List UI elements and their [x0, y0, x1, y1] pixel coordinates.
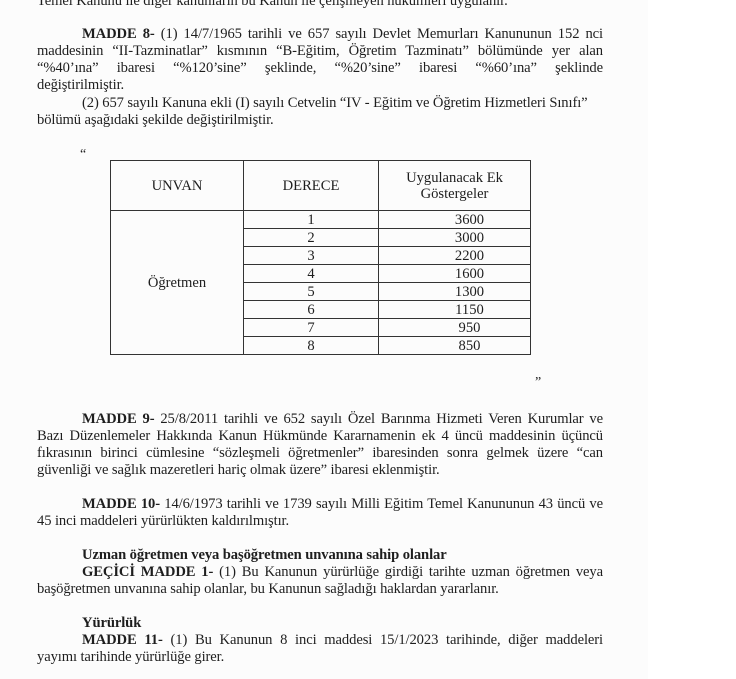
derece-cell: 2 [244, 229, 379, 247]
madde11-label: MADDE 11- [82, 632, 163, 648]
header-ek-gostergeler: Uygulanacak EkGöstergeler [379, 161, 531, 211]
unvan-cell: Öğretmen [111, 211, 244, 355]
madde8-line4: değiştirilmiştir. [37, 77, 124, 94]
cut-top-line: Temel Kanunu ile diğer kanunların bu Kan… [37, 0, 508, 10]
madde8-line2: maddesinin “II-Tazminatlar” kısmının “B-… [37, 43, 603, 60]
gecici1-line2: başöğretmen unvanına sahip olanlar, bu K… [37, 581, 499, 598]
gecici1-heading: Uzman öğretmen veya başöğretmen unvanına… [82, 547, 447, 564]
table-header-row: UNVAN DERECE Uygulanacak EkGöstergeler [111, 161, 531, 211]
madde8-line1: MADDE 8- (1) 14/7/1965 tarihli ve 657 sa… [82, 26, 603, 43]
header-unvan: UNVAN [111, 161, 244, 211]
derece-cell: 3 [244, 247, 379, 265]
madde9-line2: Bazı Düzenlemeler Hakkında Kanun Hükmünd… [37, 428, 603, 445]
header-derece: DERECE [244, 161, 379, 211]
scanned-page: Temel Kanunu ile diğer kanunların bu Kan… [0, 0, 648, 679]
madde9-line1: MADDE 9- 25/8/2011 tarihli ve 652 sayılı… [82, 411, 603, 428]
gosterge-cell: 3600 [379, 211, 531, 229]
gecici1-label: GEÇİCİ MADDE 1- [82, 564, 213, 580]
madde8-p2-line1: (2) 657 sayılı Kanuna ekli (I) sayılı Ce… [82, 95, 588, 112]
madde11-heading: Yürürlük [82, 615, 141, 632]
derece-cell: 8 [244, 337, 379, 355]
madde8-p2-line2: bölümü aşağıdaki şekilde değiştirilmişti… [37, 112, 274, 129]
madde10-label: MADDE 10- [82, 496, 160, 512]
gosterge-cell: 1150 [379, 301, 531, 319]
gosterge-cell: 2200 [379, 247, 531, 265]
derece-cell: 5 [244, 283, 379, 301]
ek-gosterge-table: UNVAN DERECE Uygulanacak EkGöstergeler Ö… [110, 160, 531, 355]
open-quote: “ [80, 148, 86, 162]
gosterge-cell: 1600 [379, 265, 531, 283]
madde9-line4: güvenliği ve sağlık mazeretleri hariç ol… [37, 462, 440, 479]
derece-cell: 1 [244, 211, 379, 229]
madde11-line1: MADDE 11- (1) Bu Kanunun 8 inci maddesi … [82, 632, 603, 649]
gosterge-cell: 1300 [379, 283, 531, 301]
madde10-line2: 45 inci maddeleri yürürlükten kaldırılmı… [37, 513, 289, 530]
madde9-line3: fıkrasının birinci cümlesine “sözleşmeli… [37, 445, 603, 462]
derece-cell: 7 [244, 319, 379, 337]
derece-cell: 4 [244, 265, 379, 283]
madde8-label: MADDE 8- [82, 26, 155, 42]
table-row: Öğretmen13600 [111, 211, 531, 229]
gosterge-cell: 850 [379, 337, 531, 355]
gosterge-cell: 3000 [379, 229, 531, 247]
derece-cell: 6 [244, 301, 379, 319]
gosterge-cell: 950 [379, 319, 531, 337]
gecici1-line1: GEÇİCİ MADDE 1- (1) Bu Kanunun yürürlüğe… [82, 564, 603, 581]
madde8-line3: “%40’ına” ibaresi “%120’sine” şeklinde, … [37, 60, 603, 77]
close-quote: ” [535, 376, 541, 390]
madde9-label: MADDE 9- [82, 411, 154, 427]
madde11-line2: yayımı tarihinde yürürlüğe girer. [37, 649, 224, 666]
madde10-line1: MADDE 10- 14/6/1973 tarihli ve 1739 sayı… [82, 496, 603, 513]
